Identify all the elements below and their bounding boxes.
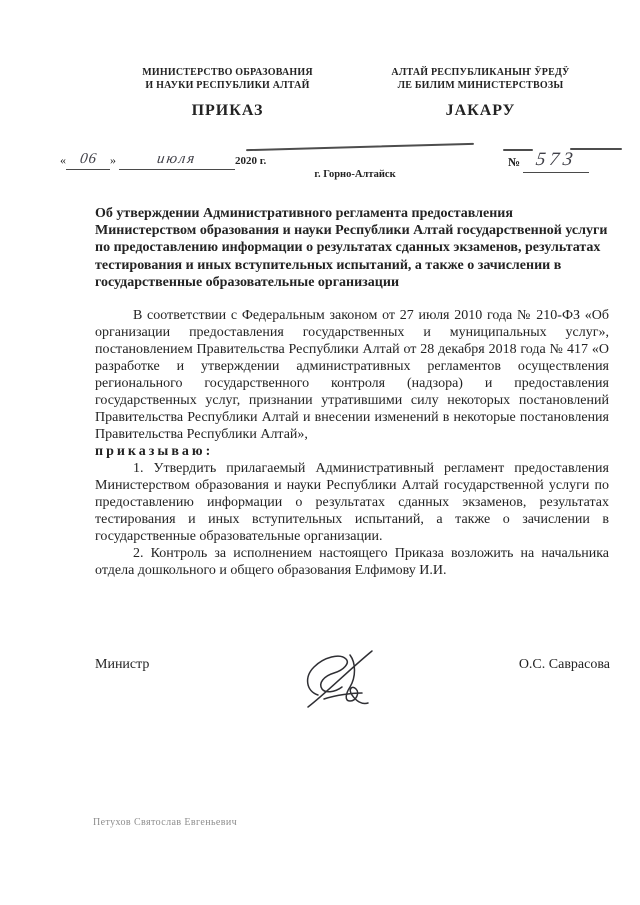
ministry-name-altai-line1: АЛТАЙ РЕСПУБЛИКАНЫҤ ӰРЕДӰ (378, 66, 583, 79)
decree-word: приказываю: (95, 443, 609, 460)
executor-name: Петухов Святослав Евгеньевич (93, 817, 237, 828)
decree-body: В соответствии с Федеральным законом от … (95, 307, 609, 579)
scanned-decree-page: МИНИСТЕРСТВО ОБРАЗОВАНИЯ И НАУКИ РЕСПУБЛ… (0, 0, 640, 905)
ministry-name-russian-line2: И НАУКИ РЕСПУБЛИКИ АЛТАЙ (110, 79, 345, 92)
paragraph-item-1: 1. Утвердить прилагаемый Административны… (95, 460, 609, 545)
signer-name: О.С. Саврасова (519, 657, 610, 673)
handwritten-number: 573 (534, 149, 578, 171)
month-blank: июля (119, 152, 235, 170)
signature-icon (298, 643, 388, 718)
ministry-name-russian-line1: МИНИСТЕРСТВО ОБРАЗОВАНИЯ (110, 66, 345, 79)
place-of-issue: г. Горно-Алтайск (260, 169, 450, 180)
ministry-name-altai-line2: ЛЕ БИЛИМ МИНИСТЕРСТВОЗЫ (378, 79, 583, 92)
signer-position: Министр (95, 657, 149, 673)
year-label: 2020 г. (235, 155, 266, 167)
date-line: «06» июля2020 г. (60, 152, 266, 170)
day-blank: 06 (66, 152, 110, 170)
scan-artifact-line (246, 143, 474, 151)
closing-quote: » (110, 153, 116, 167)
ministry-name-russian: МИНИСТЕРСТВО ОБРАЗОВАНИЯ И НАУКИ РЕСПУБЛ… (110, 66, 345, 92)
paragraph-item-2: 2. Контроль за исполнением настоящего Пр… (95, 545, 609, 579)
ministry-name-altai: АЛТАЙ РЕСПУБЛИКАНЫҤ ӰРЕДӰ ЛЕ БИЛИМ МИНИС… (378, 66, 583, 92)
number-sign: № (508, 155, 520, 169)
decree-title: Об утверждении Административного регламе… (95, 205, 615, 291)
paragraph-legal-basis: В соответствии с Федеральным законом от … (95, 307, 609, 443)
document-type-altai: ЈАКАРУ (378, 102, 583, 120)
document-type-russian: ПРИКАЗ (110, 102, 345, 120)
signature-scribble (298, 643, 388, 718)
number-blank: 573 (523, 150, 589, 173)
handwritten-month: июля (156, 151, 198, 168)
document-number-line: № 573 (508, 150, 589, 173)
handwritten-day: 06 (78, 151, 97, 168)
